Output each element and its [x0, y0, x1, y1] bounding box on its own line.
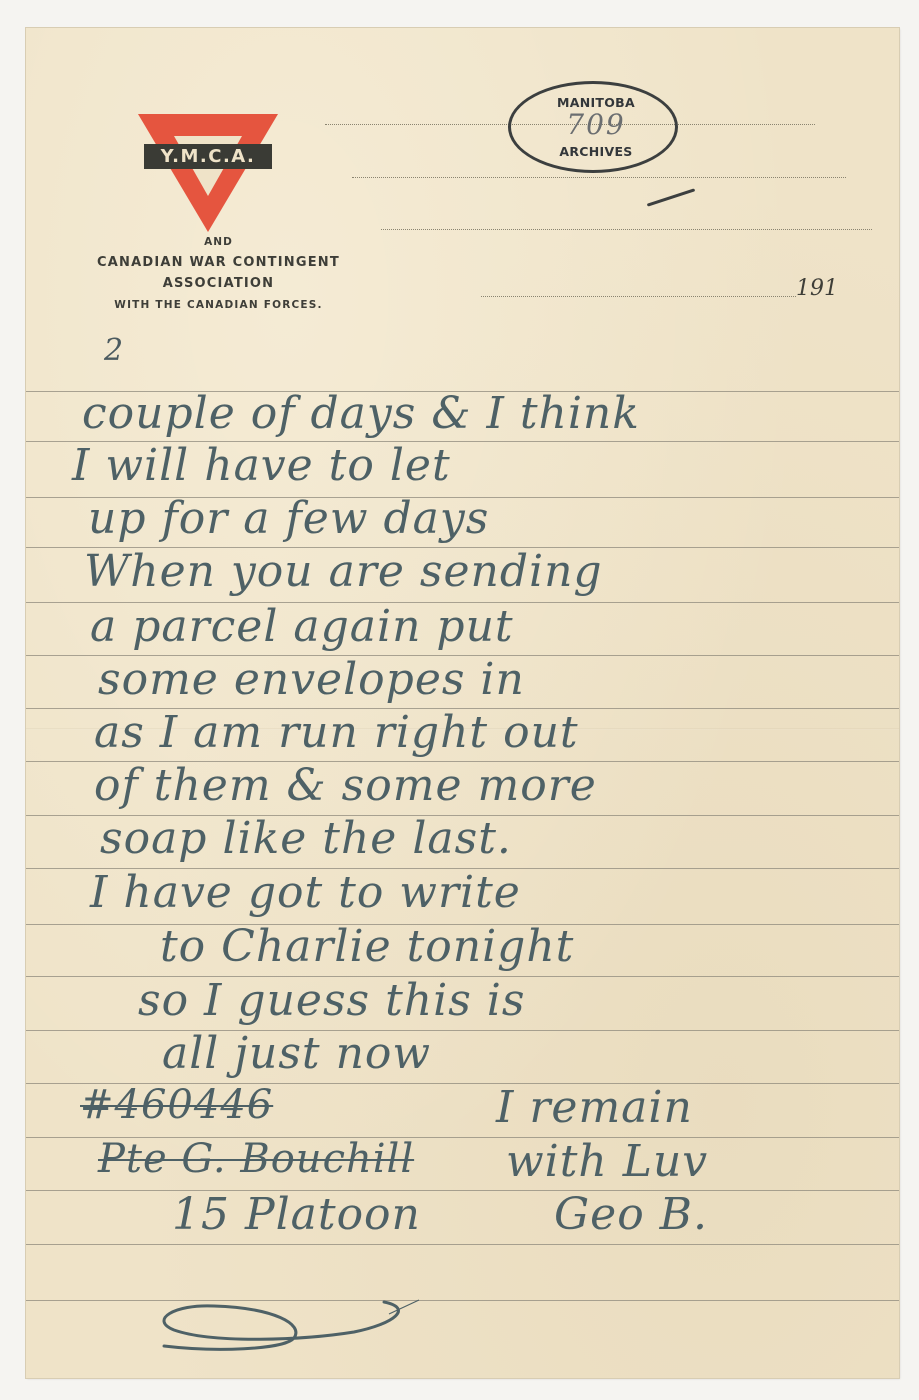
- letter-page: Y.M.C.A. AND CANADIAN WAR CONTINGENT ASS…: [26, 28, 899, 1378]
- address-line-2: [352, 177, 846, 178]
- letter-line: so I guess this is: [138, 975, 525, 1026]
- ymca-triangle-icon: [138, 114, 278, 234]
- letter-line: as I am run right out: [94, 707, 579, 758]
- letter-line: I have got to write: [90, 867, 521, 918]
- letterhead-and: AND: [26, 236, 411, 248]
- letter-line: some envelopes in: [98, 654, 525, 705]
- letter-line: all just now: [162, 1028, 431, 1079]
- page-number: 2: [104, 333, 123, 368]
- signature: Geo B.: [554, 1189, 708, 1240]
- ymca-logo-text: Y.M.C.A.: [144, 146, 272, 167]
- letterhead-association: ASSOCIATION: [26, 276, 411, 291]
- closing-signoff: with Luv: [506, 1136, 708, 1187]
- archive-stamp: MANITOBA 709 ARCHIVES: [508, 81, 678, 173]
- stamp-underline: [647, 188, 695, 206]
- closing-remain: I remain: [496, 1082, 693, 1133]
- letter-line: When you are sending: [84, 546, 603, 597]
- ymca-logo: Y.M.C.A.: [138, 114, 278, 234]
- ruled-line: [26, 1030, 899, 1031]
- closing-flourish-icon: [154, 1294, 454, 1354]
- letter-line: I will have to let: [72, 440, 451, 491]
- address-line-3: [381, 229, 872, 230]
- stamp-number: 709: [511, 108, 681, 141]
- date-line: [481, 296, 796, 297]
- soldier-name: Pte G. Bouchill: [98, 1136, 414, 1182]
- letter-line: up for a few days: [88, 493, 489, 544]
- ruled-line: [26, 1244, 899, 1245]
- letterhead-forces: WITH THE CANADIAN FORCES.: [26, 299, 411, 311]
- date-year-prefix: 191: [796, 276, 838, 301]
- letter-line: to Charlie tonight: [160, 921, 574, 972]
- ruled-line: [26, 1190, 899, 1191]
- letter-line: soap like the last.: [100, 813, 512, 864]
- platoon-unit: 15 Platoon: [172, 1189, 421, 1240]
- letter-line: couple of days & I think: [82, 388, 640, 439]
- stamp-subtitle: ARCHIVES: [511, 144, 681, 159]
- letter-line: of them & some more: [94, 760, 597, 811]
- letter-line: a parcel again put: [90, 601, 514, 652]
- letterhead-org-name: CANADIAN WAR CONTINGENT: [26, 255, 411, 270]
- service-number: #460446: [80, 1082, 273, 1128]
